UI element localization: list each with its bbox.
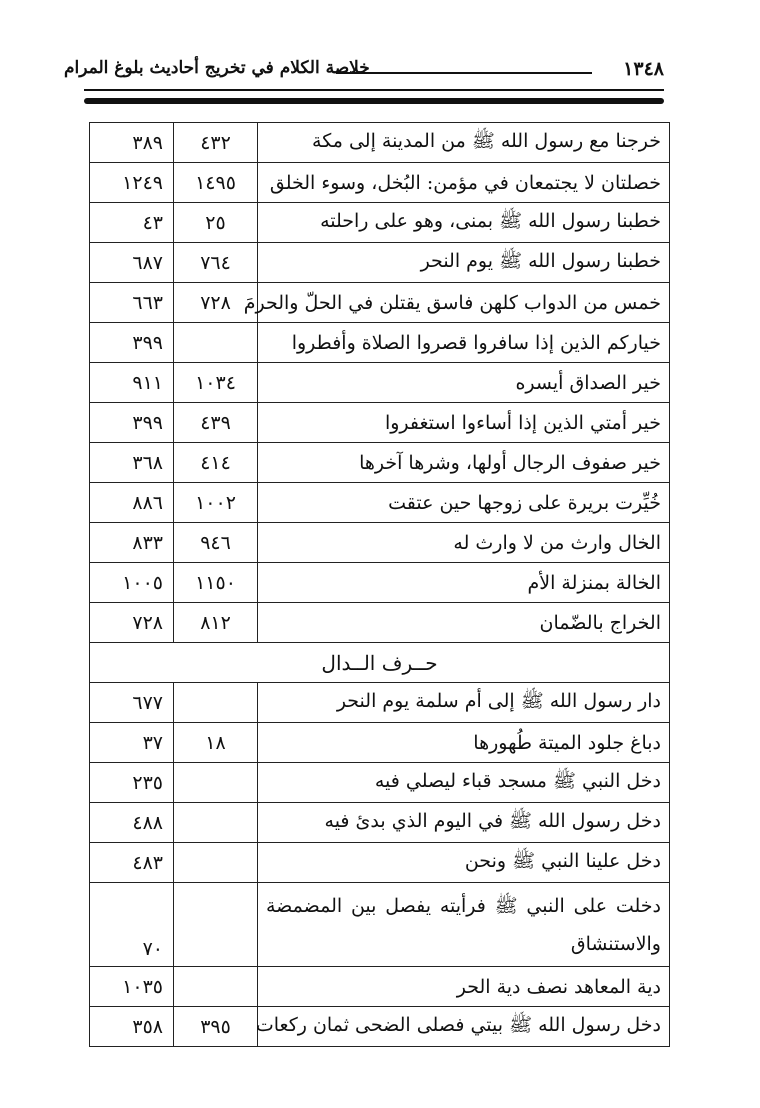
hadith-text: الخال وارث من لا وارث له [258,523,670,563]
number-1 [174,683,258,723]
table-row: خرجنا مع رسول الله ﷺ من المدينة إلى مكة٤… [90,123,670,163]
table-row: الخراج بالضّمان٨١٢٧٢٨ [90,603,670,643]
table-row: خطبنا رسول الله ﷺ بمنى، وهو على راحلته٢٥… [90,203,670,243]
hadith-text: خير صفوف الرجال أولها، وشرها آخرها [258,443,670,483]
table-row: خير الصداق أيسره١٠٣٤٩١١ [90,363,670,403]
table-row: خُيِّرت بريرة على زوجها حين عتقت١٠٠٢٨٨٦ [90,483,670,523]
number-2: ٣٦٨ [90,443,174,483]
hadith-text: دخل رسول الله ﷺ في اليوم الذي بدئ فيه [258,803,670,843]
number-1 [174,967,258,1007]
number-2: ١٢٤٩ [90,163,174,203]
number-2: ٧٢٨ [90,603,174,643]
hadith-text: دية المعاهد نصف دية الحر [258,967,670,1007]
hadith-text: خياركم الذين إذا سافروا قصروا الصلاة وأف… [258,323,670,363]
number-1: ٧٦٤ [174,243,258,283]
number-2: ٣٩٩ [90,323,174,363]
number-1: ٩٤٦ [174,523,258,563]
hadith-text: دخل رسول الله ﷺ بيتي فصلى الضحى ثمان ركع… [258,1007,670,1047]
table-row: خياركم الذين إذا سافروا قصروا الصلاة وأف… [90,323,670,363]
page-number: ١٣٤٨ [623,58,664,80]
hadith-text: دباغ جلود الميتة طُهورها [258,723,670,763]
table-row: خطبنا رسول الله ﷺ يوم النحر٧٦٤٦٨٧ [90,243,670,283]
table-row: الخال وارث من لا وارث له٩٤٦٨٣٣ [90,523,670,563]
number-1 [174,843,258,883]
hadith-text: دخل النبي ﷺ مسجد قباء ليصلي فيه [258,763,670,803]
table-row: دخلت على النبي ﷺ فرأيته يفصل بين المضمضة… [90,883,670,967]
table-row: دخل علينا النبي ﷺ ونحن٤٨٣ [90,843,670,883]
number-1: ١١٥٠ [174,563,258,603]
number-2: ٦٨٧ [90,243,174,283]
number-2: ٣٨٩ [90,123,174,163]
number-1: ٢٥ [174,203,258,243]
table-row: دخل رسول الله ﷺ بيتي فصلى الضحى ثمان ركع… [90,1007,670,1047]
number-1: ١٤٩٥ [174,163,258,203]
table-row: خصلتان لا يجتمعان في مؤمن: البُخل، وسوء … [90,163,670,203]
hadith-text: دخل علينا النبي ﷺ ونحن [258,843,670,883]
header-rule-thick [84,98,664,104]
number-2: ٨٣٣ [90,523,174,563]
table-row: خير أمتي الذين إذا أساءوا استغفروا٤٣٩٣٩٩ [90,403,670,443]
hadith-text: خصلتان لا يجتمعان في مؤمن: البُخل، وسوء … [258,163,670,203]
section-heading-row: حــرف الــدال [90,643,670,683]
number-2: ٢٣٥ [90,763,174,803]
running-title: خلاصة الكلام في تخريج أحاديث بلوغ المرام [64,58,370,78]
hadith-index-table: خرجنا مع رسول الله ﷺ من المدينة إلى مكة٤… [89,122,670,1047]
header-dash-divider [336,72,592,74]
hadith-text: خير الصداق أيسره [258,363,670,403]
hadith-text: خير أمتي الذين إذا أساءوا استغفروا [258,403,670,443]
hadith-text: خمس من الدواب كلهن فاسق يقتلن في الحلّ و… [258,283,670,323]
number-2: ٩١١ [90,363,174,403]
table-row: دباغ جلود الميتة طُهورها١٨٣٧ [90,723,670,763]
number-2: ٣٧ [90,723,174,763]
table-row: دخل رسول الله ﷺ في اليوم الذي بدئ فيه٤٨٨ [90,803,670,843]
hadith-text: الخالة بمنزلة الأم [258,563,670,603]
table-row: دية المعاهد نصف دية الحر١٠٣٥ [90,967,670,1007]
number-2: ١٠٣٥ [90,967,174,1007]
table-row: دخل النبي ﷺ مسجد قباء ليصلي فيه٢٣٥ [90,763,670,803]
table-row: الخالة بمنزلة الأم١١٥٠١٠٠٥ [90,563,670,603]
number-1: ١٠٣٤ [174,363,258,403]
section-heading: حــرف الــدال [90,643,670,683]
hadith-text: خطبنا رسول الله ﷺ بمنى، وهو على راحلته [258,203,670,243]
number-1 [174,763,258,803]
hadith-text: خطبنا رسول الله ﷺ يوم النحر [258,243,670,283]
hadith-text: خُيِّرت بريرة على زوجها حين عتقت [258,483,670,523]
number-1: ١٠٠٢ [174,483,258,523]
number-2: ٦٧٧ [90,683,174,723]
number-1 [174,803,258,843]
number-2: ٨٨٦ [90,483,174,523]
number-2: ٣٥٨ [90,1007,174,1047]
number-1: ٤١٤ [174,443,258,483]
number-1 [174,323,258,363]
number-1: ٤٣٩ [174,403,258,443]
number-1: ١٨ [174,723,258,763]
header-rule-thin [84,89,664,91]
number-2: ٦٦٣ [90,283,174,323]
page-header: ١٣٤٨ خلاصة الكلام في تخريج أحاديث بلوغ ا… [64,52,664,88]
hadith-text: دار رسول الله ﷺ إلى أم سلمة يوم النحر [258,683,670,723]
number-1: ٣٩٥ [174,1007,258,1047]
number-2: ٤٨٨ [90,803,174,843]
number-1: ٨١٢ [174,603,258,643]
number-2: ٤٨٣ [90,843,174,883]
hadith-text: الخراج بالضّمان [258,603,670,643]
hadith-text: خرجنا مع رسول الله ﷺ من المدينة إلى مكة [258,123,670,163]
table-row: خمس من الدواب كلهن فاسق يقتلن في الحلّ و… [90,283,670,323]
number-2: ٤٣ [90,203,174,243]
table-row: خير صفوف الرجال أولها، وشرها آخرها٤١٤٣٦٨ [90,443,670,483]
number-1 [174,883,258,967]
hadith-text: دخلت على النبي ﷺ فرأيته يفصل بين المضمضة… [258,883,670,967]
number-2: ١٠٠٥ [90,563,174,603]
number-2: ٧٠ [90,883,174,967]
number-2: ٣٩٩ [90,403,174,443]
number-1: ٤٣٢ [174,123,258,163]
table-row: دار رسول الله ﷺ إلى أم سلمة يوم النحر٦٧٧ [90,683,670,723]
